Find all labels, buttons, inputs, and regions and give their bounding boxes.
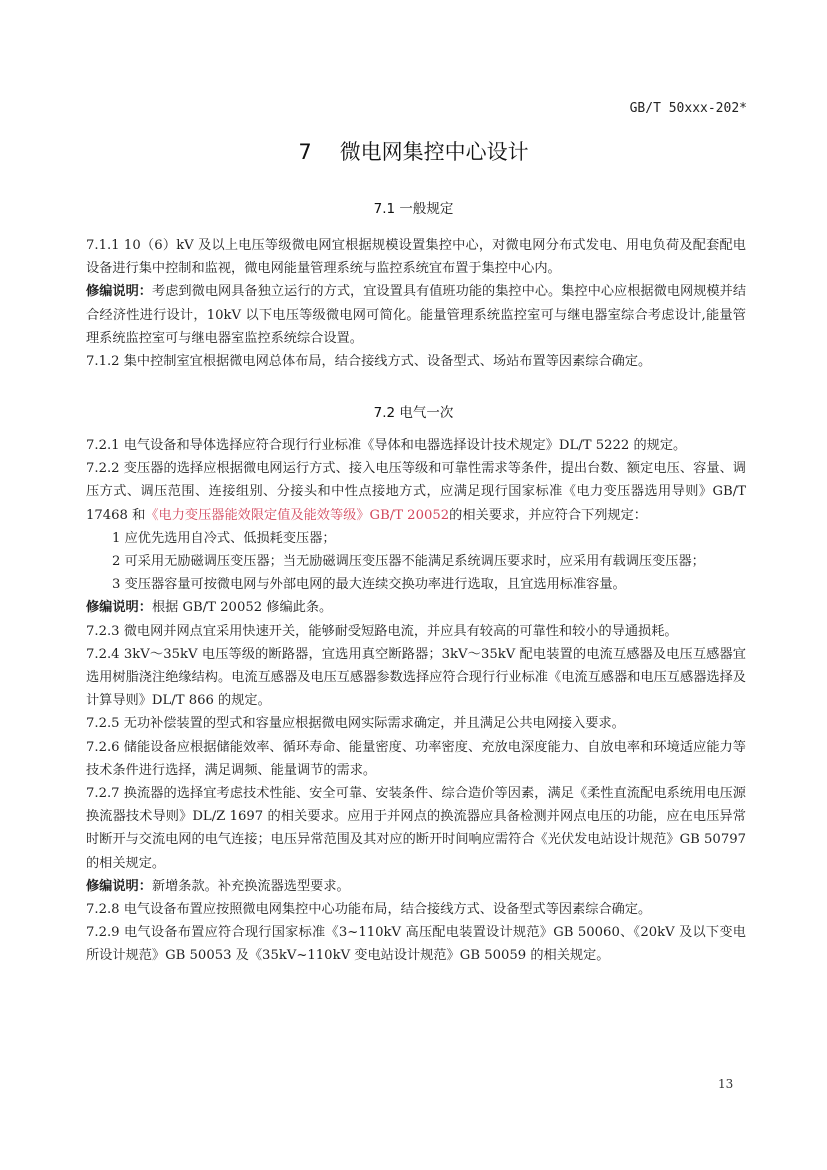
section-7-1-body: 7.1.1 10（6）kV 及以上电压等级微电网宜根据规模设置集控中心，对微电网…	[86, 234, 746, 373]
clause-7-2-9: 7.2.9 电气设备布置应符合现行国家标准《3~110kV 高压配电装置设计规范…	[86, 921, 746, 967]
page-number: 13	[718, 1077, 733, 1091]
clause-7-2-7: 7.2.7 换流器的选择宜考虑技术性能、安全可靠、安装条件、综合造价等因素，满足…	[86, 782, 746, 875]
list-item: 3 变压器容量可按微电网与外部电网的最大连续交换功率进行选取，且宜选用标准容量。	[86, 573, 746, 596]
revision-note: 修编说明：根据 GB/T 20052 修编此条。	[86, 596, 746, 619]
clause-7-2-4: 7.2.4 3kV～35kV 电压等级的断路器，宜选用真空断路器；3kV～35k…	[86, 643, 746, 713]
clause-7-2-3: 7.2.3 微电网并网点宜采用快速开关，能够耐受短路电流，并应具有较高的可靠性和…	[86, 620, 746, 643]
list-item: 2 可采用无励磁调压变压器；当无励磁调压变压器不能满足系统调压要求时，应采用有载…	[86, 550, 746, 573]
clause-7-2-1: 7.2.1 电气设备和导体选择应符合现行行业标准《导体和电器选择设计技术规定》D…	[86, 434, 746, 457]
note-text: 根据 GB/T 20052 修编此条。	[152, 600, 332, 615]
note-text: 新增条款。补充换流器选型要求。	[152, 879, 350, 894]
section-title-7-1: 7.1 一般规定	[0, 197, 827, 217]
section-7-2-body: 7.2.1 电气设备和导体选择应符合现行行业标准《导体和电器选择设计技术规定》D…	[86, 434, 746, 968]
chapter-title-text: 微电网集控中心设计	[340, 140, 529, 164]
section-title-7-2: 7.2 电气一次	[0, 401, 827, 421]
note-label: 修编说明：	[86, 600, 152, 615]
revision-note: 修编说明：新增条款。补充换流器选型要求。	[86, 875, 746, 898]
highlighted-standard-reference: 《电力变压器能效限定值及能效等级》GB/T 20052	[145, 508, 449, 523]
list-item: 1 应优先选用自冷式、低损耗变压器；	[86, 527, 746, 550]
clause-7-2-6: 7.2.6 储能设备应根据储能效率、循环寿命、能量密度、功率密度、充放电深度能力…	[86, 736, 746, 782]
clause-7-1-1: 7.1.1 10（6）kV 及以上电压等级微电网宜根据规模设置集控中心，对微电网…	[86, 234, 746, 280]
revision-note: 修编说明：考虑到微电网具备独立运行的方式，宜设置具有值班功能的集控中心。集控中心…	[86, 280, 746, 350]
clause-7-2-5: 7.2.5 无功补偿装置的型式和容量应根据微电网实际需求确定，并且满足公共电网接…	[86, 712, 746, 735]
note-label: 修编说明：	[86, 879, 152, 894]
clause-7-2-2-text-b: 的相关要求，并应符合下列规定：	[449, 508, 647, 523]
clause-7-2-8: 7.2.8 电气设备布置应按照微电网集控中心功能布局，结合接线方式、设备型式等因…	[86, 898, 746, 921]
note-text: 考虑到微电网具备独立运行的方式，宜设置具有值班功能的集控中心。集控中心应根据微电…	[86, 284, 746, 345]
chapter-number: 7	[298, 140, 311, 164]
clause-7-2-2: 7.2.2 变压器的选择应根据微电网运行方式、接入电压等级和可靠性需求等条件，提…	[86, 457, 746, 527]
note-label: 修编说明：	[86, 284, 152, 299]
standard-code: GB/T 50xxx-202*	[630, 101, 747, 116]
clause-7-1-2: 7.1.2 集中控制室宜根据微电网总体布局，结合接线方式、设备型式、场站布置等因…	[86, 350, 746, 373]
chapter-title: 7微电网集控中心设计	[0, 136, 827, 166]
